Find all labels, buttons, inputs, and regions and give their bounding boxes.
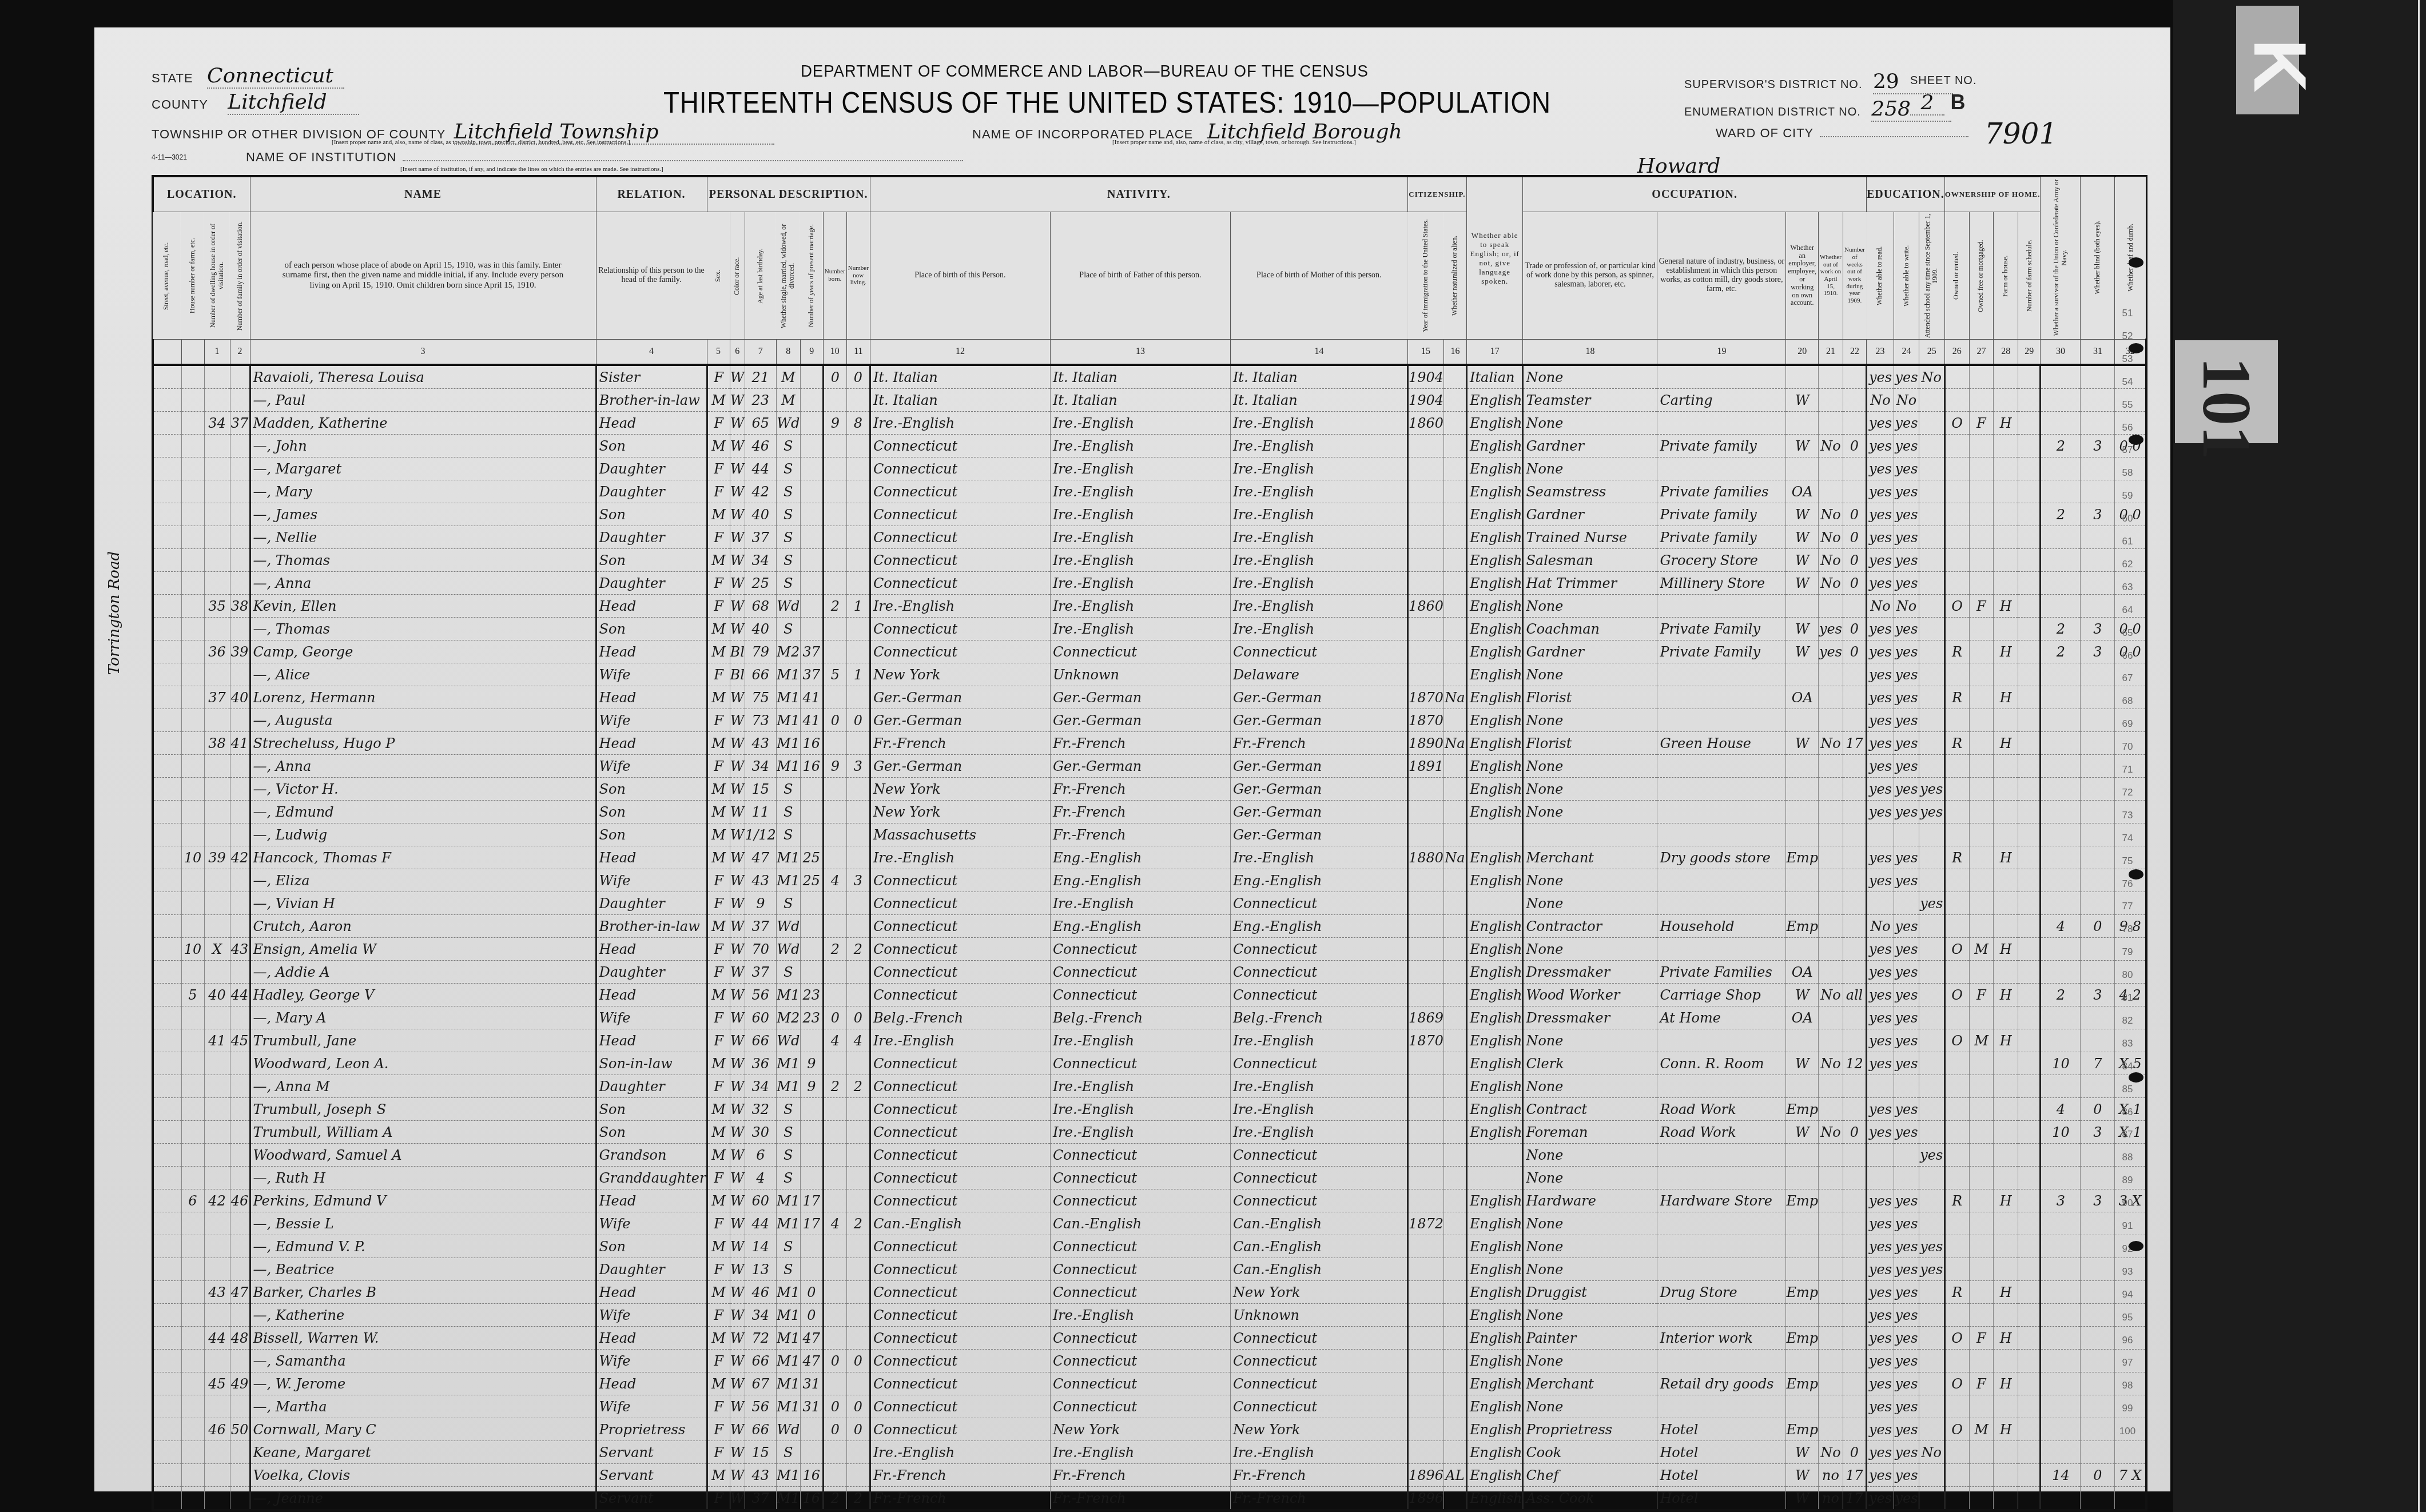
cell-house [181,618,204,640]
cell-color: W [730,823,745,846]
cell-father: Connecticut [1050,1052,1230,1075]
line-number: 75 [2116,856,2139,867]
cell-marital: M1 [776,1281,800,1304]
cell-age: 37 [745,915,776,938]
cell-emp [1786,1167,1819,1189]
cell-marital: M1 [776,1075,800,1098]
cell-relation: Son [596,823,707,846]
cell-house [181,755,204,778]
roll-label: 101 [2175,340,2278,443]
census-rows: Ravaioli, Theresa LouisaSisterFW21M00It.… [153,365,2146,1510]
cell-name: —, Beatrice [250,1258,596,1281]
cell-c31 [2081,1350,2115,1372]
cell-own [1944,1167,1969,1189]
cell-living [846,1235,870,1258]
cell-read: yes [1866,938,1894,961]
cell-trade: Foreman [1523,1121,1657,1144]
cell-lang: English [1466,732,1522,755]
cell-write: No [1894,595,1919,618]
cell-living [846,801,870,823]
census-table: LOCATION. NAME RELATION. PERSONAL DESCRI… [152,175,2147,1511]
table-row: 4650Cornwall, Mary CProprietressFW66Wd00… [153,1418,2146,1441]
cell-age: 15 [745,1441,776,1464]
cell-yrs [800,1121,823,1144]
cell-out: No [1819,503,1843,526]
cell-c31 [2081,1327,2115,1350]
cell-name: —, Eliza [250,869,596,892]
cell-marital: M1 [776,869,800,892]
column-number: 26 [1944,340,1969,365]
cell-free [1969,1212,1994,1235]
cell-read: yes [1866,1487,1894,1511]
cell-house [181,1304,204,1327]
cell-yrs [800,526,823,549]
cell-nat [1443,1395,1466,1418]
cell-name: —, James [250,503,596,526]
cell-trade: None [1523,1304,1657,1327]
cell-fh [1994,1395,2018,1418]
cell-free [1969,1235,1994,1258]
cell-mother: Eng.-English [1230,915,1407,938]
cell-relation: Servant [596,1487,707,1511]
cell-living: 1 [846,663,870,686]
cell-free [1969,1075,1994,1098]
cell-color: W [730,480,745,503]
cell-trade: None [1523,1235,1657,1258]
cell-mother: Ire.-English [1230,480,1407,503]
cell-yrs: 23 [800,1006,823,1029]
cell-c30 [2041,1304,2081,1327]
cell-name: Strecheluss, Hugo P [250,732,596,755]
header-weeks-out: Number of weeks out of work during year … [1843,212,1866,340]
cell-own [1944,1304,1969,1327]
cell-color: W [730,1144,745,1167]
header-years-married: Number of years of present marriage. [800,212,823,340]
cell-industry: At Home [1657,1006,1786,1029]
cell-sex: F [707,1487,730,1511]
cell-sched [2018,640,2041,663]
cell-marital: Wd [776,1418,800,1441]
cell-write [1894,892,1919,915]
cell-trade: None [1523,1075,1657,1098]
cell-weeks: 17 [1843,1464,1866,1487]
cell-sex: F [707,457,730,480]
cell-living [846,686,870,709]
cell-born [823,1464,846,1487]
cell-trade: Painter [1523,1327,1657,1350]
cell-yrs: 37 [800,640,823,663]
cell-school [1919,1098,1944,1121]
cell-marital: M1 [776,1372,800,1395]
cell-dwelling [204,1212,230,1235]
cell-father: Ire.-English [1050,1121,1230,1144]
cell-lang: English [1466,412,1522,435]
cell-trade: None [1523,663,1657,686]
cell-industry [1657,663,1786,686]
cell-own [1944,1441,1969,1464]
cell-read: yes [1866,1258,1894,1281]
cell-nat [1443,640,1466,663]
cell-nat [1443,1052,1466,1075]
cell-sex: M [707,549,730,572]
cell-born [823,1372,846,1395]
cell-own [1944,1144,1969,1167]
cell-immig [1407,1304,1443,1327]
cell-father: Connecticut [1050,1189,1230,1212]
table-row: 103942Hancock, Thomas FHeadMW47M125Ire.-… [153,846,2146,869]
cell-age: 1/12 [745,823,776,846]
cell-out [1819,801,1843,823]
cell-dwelling [204,1075,230,1098]
cell-mother: Ire.-English [1230,412,1407,435]
cell-family [230,823,250,846]
cell-out [1819,663,1843,686]
cell-industry: Grocery Store [1657,549,1786,572]
cell-immig [1407,1235,1443,1258]
cell-trade: None [1523,869,1657,892]
cell-read: yes [1866,549,1894,572]
cell-age: 13 [745,1258,776,1281]
cell-house [181,823,204,846]
cell-street [153,823,181,846]
cell-nat [1443,572,1466,595]
cell-color: W [730,618,745,640]
cell-born [823,1304,846,1327]
cell-birth: Connecticut [870,915,1050,938]
cell-read: yes [1866,1372,1894,1395]
cell-birth: Connecticut [870,1258,1050,1281]
cell-c31 [2081,457,2115,480]
cell-living [846,1304,870,1327]
cell-sched [2018,1350,2041,1372]
cell-name: Lorenz, Hermann [250,686,596,709]
cell-school [1919,1304,1944,1327]
header-veteran: Whether a survivor of the Union or Confe… [2041,176,2081,340]
cell-industry [1657,412,1786,435]
cell-born [823,1121,846,1144]
cell-write: yes [1894,1189,1919,1212]
cell-immig: 1870 [1407,709,1443,732]
cell-house [181,663,204,686]
cell-emp [1786,755,1819,778]
cell-marital: Wd [776,595,800,618]
cell-yrs [800,435,823,457]
cell-father: Unknown [1050,663,1230,686]
table-row: 3841Strecheluss, Hugo PHeadMW43M116Fr.-F… [153,732,2146,755]
cell-nat: Na [1443,732,1466,755]
cell-trade: Hat Trimmer [1523,572,1657,595]
cell-dwelling [204,1487,230,1511]
cell-school [1919,1281,1944,1304]
cell-own [1944,1052,1969,1075]
cell-c30 [2041,823,2081,846]
cell-age: 47 [745,846,776,869]
cell-birth: Connecticut [870,503,1050,526]
cell-nat [1443,1235,1466,1258]
cell-lang: English [1466,1418,1522,1441]
cell-c31 [2081,1144,2115,1167]
cell-age: 37 [745,1487,776,1511]
cell-age: 4 [745,1167,776,1189]
cell-name: Kevin, Ellen [250,595,596,618]
ward-value [1820,136,1968,137]
cell-living: 4 [846,1029,870,1052]
cell-sched [2018,823,2041,846]
cell-trade: Gardner [1523,435,1657,457]
cell-immig [1407,869,1443,892]
cell-lang: English [1466,549,1522,572]
cell-name: —, Paul [250,389,596,412]
cell-write: No [1894,389,1919,412]
cell-street [153,1052,181,1075]
cell-fh [1994,709,2018,732]
cell-emp: OA [1786,480,1819,503]
cell-industry: Private Family [1657,640,1786,663]
cell-trade: None [1523,938,1657,961]
cell-nat [1443,709,1466,732]
cell-name: —, Anna M [250,1075,596,1098]
cell-weeks [1843,389,1866,412]
cell-fh [1994,365,2018,389]
line-number: 74 [2116,833,2139,844]
cell-nat [1443,480,1466,503]
header-house: House number or farm, etc. [181,212,204,340]
cell-born: 5 [823,663,846,686]
cell-family [230,435,250,457]
cell-yrs [800,595,823,618]
cell-read: yes [1866,526,1894,549]
cell-weeks [1843,1167,1866,1189]
sheet-label: Sheet No. [1910,74,1976,87]
cell-school [1919,1487,1944,1511]
cell-street [153,1281,181,1304]
cell-sex: F [707,1350,730,1372]
cell-birth: New York [870,778,1050,801]
cell-marital: M [776,365,800,389]
cell-dwelling [204,1235,230,1258]
cell-mother: Eng.-English [1230,869,1407,892]
cell-mother: Ire.-English [1230,1029,1407,1052]
cell-born [823,640,846,663]
cell-marital: Wd [776,412,800,435]
cell-write: yes [1894,1052,1919,1075]
cell-write: yes [1894,755,1919,778]
cell-read: yes [1866,618,1894,640]
cell-c31 [2081,549,2115,572]
cell-emp: Emp [1786,846,1819,869]
cell-out [1819,1281,1843,1304]
cell-c30 [2041,480,2081,503]
cell-free [1969,572,1994,595]
cell-c31 [2081,365,2115,389]
cell-sched [2018,686,2041,709]
cell-c30 [2041,709,2081,732]
cell-free [1969,961,1994,984]
cell-out [1819,686,1843,709]
column-number: 31 [2081,340,2115,365]
cell-family [230,709,250,732]
cell-fh: H [1994,1372,2018,1395]
cell-out [1819,846,1843,869]
cell-born [823,915,846,938]
cell-dwelling [204,572,230,595]
line-number: 87 [2116,1129,2139,1140]
cell-marital: S [776,1441,800,1464]
cell-c32 [2115,1487,2146,1511]
cell-father: Ire.-English [1050,1304,1230,1327]
cell-age: 34 [745,549,776,572]
cell-mother: Connecticut [1230,1350,1407,1372]
column-number: 6 [730,340,745,365]
cell-yrs [800,778,823,801]
cell-c30 [2041,892,2081,915]
cell-family [230,778,250,801]
cell-mother: Can.-English [1230,1258,1407,1281]
cell-sched [2018,1441,2041,1464]
cell-relation: Daughter [596,526,707,549]
cell-weeks: 12 [1843,1052,1866,1075]
cell-yrs [800,938,823,961]
line-number: 82 [2116,1015,2139,1026]
cell-living: 2 [846,1487,870,1511]
cell-fh [1994,1098,2018,1121]
cell-street [153,892,181,915]
cell-lang: English [1466,869,1522,892]
cell-street [153,801,181,823]
cell-weeks: 17 [1843,732,1866,755]
cell-c30 [2041,389,2081,412]
cell-relation: Daughter [596,1075,707,1098]
cell-school: yes [1919,1144,1944,1167]
cell-yrs: 16 [800,732,823,755]
cell-sex: M [707,503,730,526]
cell-age: 34 [745,1304,776,1327]
cell-sched [2018,938,2041,961]
cell-c31: 0 [2081,1464,2115,1487]
cell-name: Woodward, Samuel A [250,1144,596,1167]
cell-c30 [2041,1372,2081,1395]
cell-name: —, Mary [250,480,596,503]
cell-marital: S [776,961,800,984]
cell-relation: Servant [596,1441,707,1464]
line-number: 71 [2116,764,2139,775]
cell-dwelling [204,915,230,938]
cell-immig [1407,526,1443,549]
cell-marital: Wd [776,1029,800,1052]
cell-family [230,1121,250,1144]
cell-fh: H [1994,1189,2018,1212]
cell-fh: H [1994,1327,2018,1350]
group-location: LOCATION. [153,176,250,212]
cell-living [846,435,870,457]
cell-free [1969,1121,1994,1144]
cell-write: yes [1894,572,1919,595]
cell-weeks [1843,1075,1866,1098]
cell-c30: 2 [2041,984,2081,1006]
cell-yrs: 17 [800,1189,823,1212]
cell-out: No [1819,572,1843,595]
county-field: County Litchfield [152,90,359,115]
cell-age: 11 [745,801,776,823]
cell-fh [1994,1487,2018,1511]
header-color: Color or race. [730,212,745,340]
table-row: —, ElizaWifeFW43M12543ConnecticutEng.-En… [153,869,2146,892]
cell-nat [1443,549,1466,572]
cell-school: yes [1919,892,1944,915]
cell-emp [1786,1304,1819,1327]
cell-weeks [1843,1327,1866,1350]
cell-emp [1786,1075,1819,1098]
cell-sex: F [707,1167,730,1189]
table-row: —, MarthaWifeFW56M13100ConnecticutConnec… [153,1395,2146,1418]
cell-family [230,892,250,915]
cell-free [1969,663,1994,686]
cell-c31 [2081,709,2115,732]
table-row: —, Victor H.SonMW15SNew YorkFr.-FrenchGe… [153,778,2146,801]
table-row: —, JamesSonMW40SConnecticutIre.-EnglishI… [153,503,2146,526]
group-occupation: OCCUPATION. [1523,176,1867,212]
cell-street [153,938,181,961]
cell-father: Ger.-German [1050,709,1230,732]
cell-name: —, Thomas [250,618,596,640]
cell-name: —, Alice [250,663,596,686]
cell-family: 46 [230,1189,250,1212]
cell-industry: Private Family [1657,618,1786,640]
cell-house [181,1350,204,1372]
cell-dwelling: 37 [204,686,230,709]
cell-living [846,1464,870,1487]
cell-write: yes [1894,1327,1919,1350]
cell-name: —, Mary A [250,1006,596,1029]
cell-own [1944,457,1969,480]
line-number: 86 [2116,1107,2139,1118]
cell-school [1919,823,1944,846]
cell-house [181,412,204,435]
cell-own [1944,961,1969,984]
cell-emp: Emp [1786,1098,1819,1121]
cell-family [230,389,250,412]
cell-birth: New York [870,801,1050,823]
cell-out [1819,892,1843,915]
cell-mother: Connecticut [1230,1052,1407,1075]
cell-immig [1407,457,1443,480]
cell-sched [2018,389,2041,412]
cell-c31: 7 [2081,1052,2115,1075]
cell-emp: W [1786,1121,1819,1144]
cell-emp: OA [1786,686,1819,709]
cell-immig: 1880 [1407,846,1443,869]
column-number: 13 [1050,340,1230,365]
cell-weeks [1843,892,1866,915]
cell-c30: 2 [2041,640,2081,663]
column-number: 21 [1819,340,1843,365]
cell-relation: Sister [596,365,707,389]
cell-dwelling [204,618,230,640]
cell-yrs: 17 [800,1212,823,1235]
cell-emp: W [1786,618,1819,640]
cell-lang: Italian [1466,365,1522,389]
cell-c30 [2041,663,2081,686]
cell-c32 [2115,1441,2146,1464]
cell-marital: M1 [776,755,800,778]
cell-name: —, W. Jerome [250,1372,596,1395]
cell-immig [1407,618,1443,640]
cell-read: yes [1866,1350,1894,1372]
cell-write: yes [1894,457,1919,480]
cell-industry: Green House [1657,732,1786,755]
cell-mother: Ger.-German [1230,801,1407,823]
cell-sex: F [707,709,730,732]
